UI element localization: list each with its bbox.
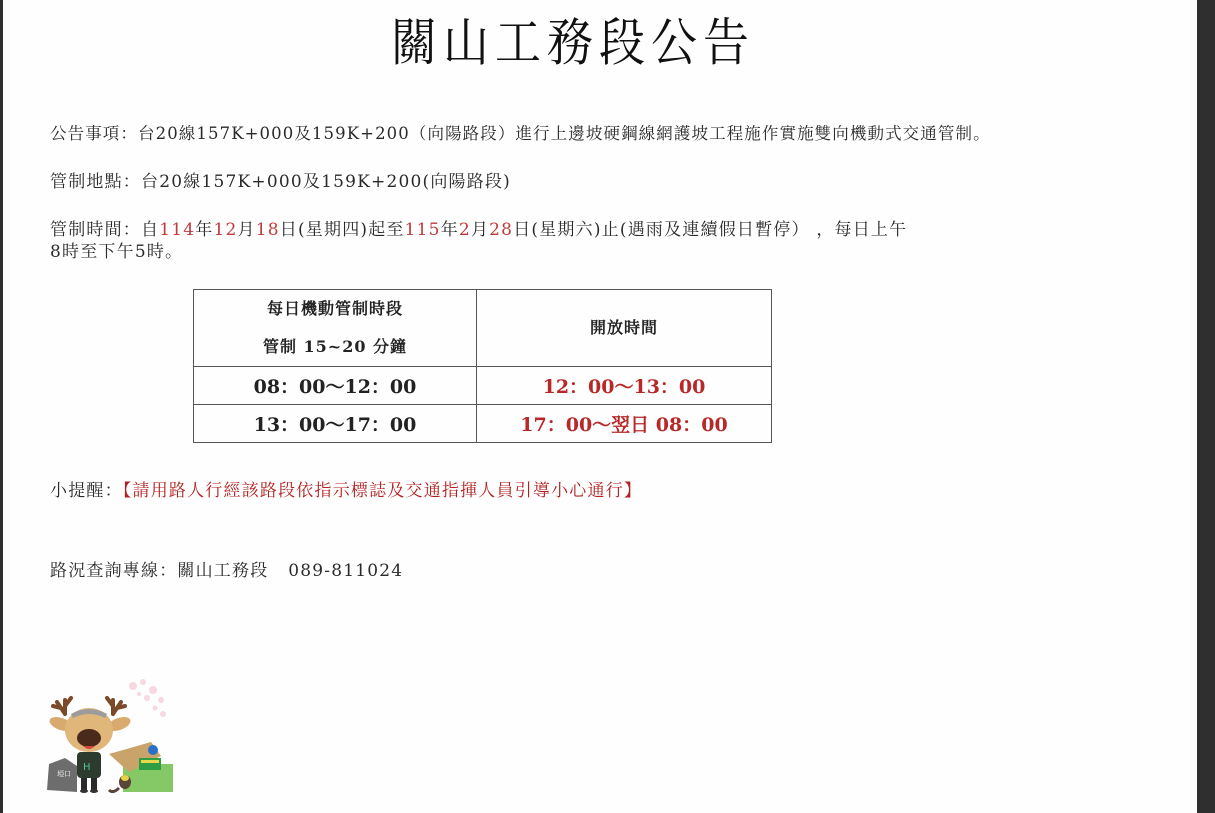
page-title: 關山工務段公告 (3, 6, 1143, 72)
end-weekday: (星期六) (531, 220, 601, 240)
period-suffix: 止(遇雨及連續假日暫停） (602, 220, 810, 240)
start-weekday: (星期四) (298, 220, 368, 240)
open-time-cell: 17：00～翌日 08：00 (477, 405, 772, 443)
location-label: 管制地點： (50, 172, 141, 192)
deer-mascot-icon: 埡口 H (43, 672, 173, 802)
daily-prefix: ，每日上午 (816, 220, 907, 240)
location-line: 管制地點：台20線157K+000及159K+200(向陽路段) (50, 167, 511, 192)
period-from: 自 (141, 220, 159, 240)
table-header-row: 每日機動管制時段 管制 15~20 分鐘 開放時間 (194, 290, 772, 367)
day-char: 日 (513, 220, 531, 240)
end-month: 2 (459, 220, 471, 240)
hotline-line: 路況查詢專線：關山工務段 089-811024 (50, 556, 403, 581)
stone-text: 埡口 (57, 769, 71, 778)
svg-text:H: H (83, 762, 91, 773)
announcement-line: 公告事項：台20線157K+000及159K+200（向陽路段）進行上邊坡硬鋼線… (50, 120, 991, 144)
start-year: 114 (159, 220, 195, 240)
day-char: 日 (280, 220, 298, 240)
start-day: 18 (256, 220, 280, 240)
announcement-text: 台20線157K+000及159K+200（向陽路段）進行上邊坡硬鋼線網護坡工程… (138, 124, 991, 143)
end-day: 28 (489, 220, 513, 240)
header-open-time: 開放時間 (477, 290, 772, 367)
year-char: 年 (441, 220, 459, 240)
daily-hours: 8時至下午5時。 (50, 242, 183, 262)
schedule-table: 每日機動管制時段 管制 15~20 分鐘 開放時間 08：00～12：00 12… (193, 289, 772, 443)
location-text: 台20線157K+000及159K+200(向陽路段) (141, 172, 511, 192)
period-label: 管制時間： (50, 220, 141, 240)
announcement-label: 公告事項： (50, 124, 138, 143)
document-page: 關山工務段公告 公告事項：台20線157K+000及159K+200（向陽路段）… (3, 0, 1197, 813)
control-time-cell: 13：00～17：00 (194, 405, 477, 443)
header-control-line1: 每日機動管制時段 (194, 290, 476, 328)
end-year: 115 (405, 220, 441, 240)
hotline-label: 路況查詢專線： (50, 561, 177, 581)
start-month: 12 (213, 220, 237, 240)
month-char: 月 (471, 220, 489, 240)
period-line: 管制時間：自114年12月18日(星期四)起至115年2月28日(星期六)止(遇… (50, 219, 907, 263)
header-control-line2: 管制 15~20 分鐘 (194, 328, 476, 366)
document-viewer: 關山工務段公告 公告事項：台20線157K+000及159K+200（向陽路段）… (0, 0, 1215, 813)
reminder-label: 小提醒： (50, 481, 123, 501)
hotline-agency: 關山工務段 (177, 561, 268, 581)
table-row: 13：00～17：00 17：00～翌日 08：00 (194, 405, 772, 443)
open-time-cell: 12：00～13：00 (477, 367, 772, 405)
hotline-phone: 089-811024 (288, 561, 403, 581)
period-to: 起至 (368, 220, 404, 240)
header-control-period: 每日機動管制時段 管制 15~20 分鐘 (194, 290, 477, 367)
reminder-text: 【請用路人行經該路段依指示標誌及交通指揮人員引導小心通行】 (123, 481, 642, 501)
year-char: 年 (195, 220, 213, 240)
table-row: 08：00～12：00 12：00～13：00 (194, 367, 772, 405)
reminder-line: 小提醒：【請用路人行經該路段依指示標誌及交通指揮人員引導小心通行】 (50, 476, 642, 501)
control-time-cell: 08：00～12：00 (194, 367, 477, 405)
month-char: 月 (238, 220, 256, 240)
